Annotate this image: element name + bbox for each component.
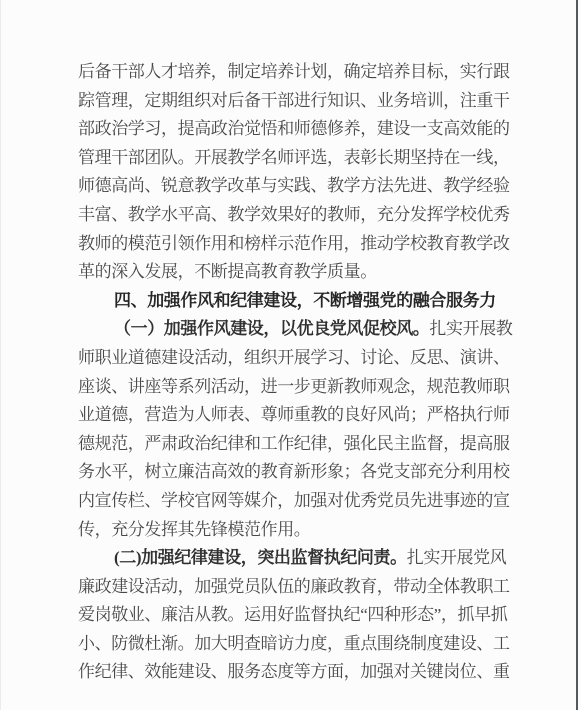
subsection-title: （一）加强作风建设，以优良党风促校风。	[114, 319, 429, 338]
text-line: 作纪律、效能建设、服务态度等方面，加强对关键岗位、重	[78, 658, 518, 687]
page-right-border	[576, 0, 578, 710]
text-line: 丰富、教学水平高、教学效果好的教师，充分发挥学校优秀	[78, 201, 518, 230]
text-line: 德规范，严肃政治纪律和工作纪律，强化民主监督，提高服	[78, 430, 518, 459]
text-line: 教师的模范引领作用和榜样示范作用，推动学校教育教学改	[78, 230, 518, 259]
text-line: 部政治学习，提高政治觉悟和师德修养，建设一支高效能的	[78, 115, 518, 144]
text-line: 小、防微杜渐。加大明查暗访力度，重点围绕制度建设、工	[78, 630, 518, 659]
text-line: 务水平，树立廉洁高效的教育新形象；各党支部充分利用校	[78, 458, 518, 487]
document-page: 后备干部人才培养，制定培养计划，确定培养目标，实行跟 踪管理，定期组织对后备干部…	[0, 0, 581, 710]
text-line: 内宣传栏、学校官网等媒介，加强对优秀党员先进事迹的宣	[78, 487, 518, 516]
subsection-title: (二)加强纪律建设，突出监督执纪问责。	[114, 548, 407, 567]
text-line: 座谈、讲座等系列活动，进一步更新教师观念，规范教师职	[78, 373, 518, 402]
text-line: 廉政建设活动，加强党员队伍的廉政教育，带动全体教职工	[78, 573, 518, 602]
text-run: 扎实开展教	[429, 319, 512, 338]
text-line: 业道德，营造为人师表、尊师重教的良好风尚；严格执行师	[78, 401, 518, 430]
text-line: （一）加强作风建设，以优良党风促校风。扎实开展教	[78, 315, 518, 344]
document-body: 后备干部人才培养，制定培养计划，确定培养目标，实行跟 踪管理，定期组织对后备干部…	[78, 58, 518, 687]
text-line: 传，充分发挥其先锋模范作用。	[78, 516, 518, 545]
text-line: 革的深入发展，不断提高教育教学质量。	[78, 258, 518, 287]
text-line: (二)加强纪律建设，突出监督执纪问责。扎实开展党风	[78, 544, 518, 573]
text-line: 管理干部团队。开展教学名师评选，表彰长期坚持在一线，	[78, 144, 518, 173]
section-heading: 四、加强作风和纪律建设，不断增强党的融合服务力	[78, 287, 518, 316]
text-line: 踪管理，定期组织对后备干部进行知识、业务培训，注重干	[78, 87, 518, 116]
text-run: 扎实开展党风	[407, 548, 507, 567]
text-line: 爱岗敬业、廉洁从教。运用好监督执纪“四种形态”，抓早抓	[78, 601, 518, 630]
text-line: 师德高尚、锐意教学改革与实践、教学方法先进、教学经验	[78, 172, 518, 201]
text-line: 后备干部人才培养，制定培养计划，确定培养目标，实行跟	[78, 58, 518, 87]
text-line: 师职业道德建设活动，组织开展学习、讨论、反思、演讲、	[78, 344, 518, 373]
